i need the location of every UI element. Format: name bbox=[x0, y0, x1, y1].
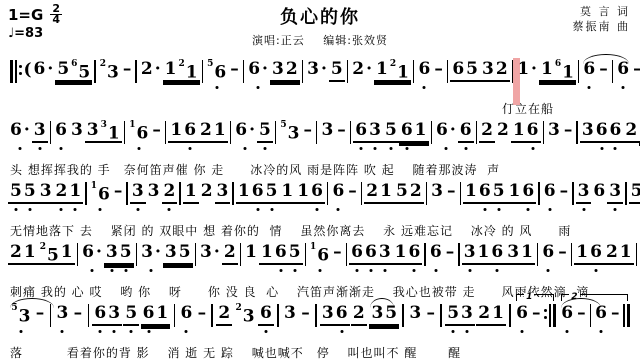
barline bbox=[84, 182, 88, 206]
note: 31 bbox=[100, 121, 121, 141]
note-group: 32 bbox=[270, 60, 300, 82]
barline bbox=[622, 304, 631, 328]
low-octave-dot bbox=[389, 147, 392, 150]
note-group: 6 bbox=[458, 121, 474, 143]
note-group: 6 bbox=[178, 304, 194, 324]
playback-cursor[interactable] bbox=[513, 58, 520, 105]
title-block: 负心的你 演唱:正云 编辑:张效贤 bbox=[0, 3, 640, 48]
parenthesis: ( bbox=[24, 60, 32, 80]
note-group: 663 bbox=[349, 243, 393, 265]
note: 3 bbox=[271, 60, 285, 80]
low-octave-dot bbox=[257, 86, 260, 89]
note-group: 5 bbox=[383, 121, 399, 143]
volta-bracket-2: 26–6– bbox=[559, 304, 632, 328]
low-octave-dot bbox=[136, 208, 139, 211]
low-octave-dot bbox=[185, 330, 188, 333]
note-group: 1 bbox=[183, 182, 199, 204]
note-group: 16 bbox=[295, 182, 325, 204]
low-octave-dot bbox=[149, 269, 152, 272]
low-octave-dot bbox=[91, 269, 94, 272]
note-group: 21 bbox=[8, 243, 38, 265]
note: 1 bbox=[575, 243, 589, 263]
note-group: – bbox=[299, 304, 312, 324]
note-group: 2 bbox=[479, 121, 495, 143]
note: 6 bbox=[400, 121, 414, 141]
note-group: 6· bbox=[80, 243, 104, 263]
note-group: 61 bbox=[399, 121, 429, 143]
note-group: – bbox=[196, 304, 209, 324]
note-group: 6· bbox=[8, 121, 32, 141]
note-group: 21 bbox=[54, 182, 84, 204]
low-octave-dot bbox=[614, 147, 617, 150]
dash-extension: – bbox=[531, 304, 542, 324]
note: 1 bbox=[379, 182, 393, 202]
note-group: 56 bbox=[205, 60, 228, 80]
barline bbox=[125, 182, 129, 206]
barline bbox=[575, 121, 579, 145]
dash-extension: – bbox=[336, 121, 347, 141]
score-line: 53–3–635616–22363–362353–532116–26–6–落 看… bbox=[0, 302, 640, 360]
song-title: 负心的你 bbox=[0, 3, 640, 29]
low-octave-dot bbox=[279, 269, 282, 272]
dash-extension: – bbox=[122, 60, 133, 80]
low-octave-dot bbox=[434, 269, 437, 272]
augmentation-dot: · bbox=[366, 59, 372, 79]
barline bbox=[401, 304, 405, 328]
note-group: 6 bbox=[540, 243, 556, 263]
dash-extension: – bbox=[426, 304, 437, 324]
barline bbox=[542, 121, 546, 145]
note: 3 bbox=[33, 121, 47, 141]
note: 5 bbox=[384, 304, 398, 324]
barline bbox=[76, 243, 80, 267]
augmentation-dot: · bbox=[531, 59, 537, 79]
dash-extension: – bbox=[197, 304, 208, 324]
note: 3 bbox=[216, 182, 230, 202]
grace-note: 2 bbox=[100, 59, 106, 69]
note-group: 316 bbox=[462, 243, 506, 265]
augmentation-dot: · bbox=[155, 59, 161, 79]
note-group: – bbox=[575, 304, 588, 324]
note: 6· bbox=[234, 121, 256, 141]
note-group: 165 bbox=[259, 243, 303, 265]
note: 2 bbox=[217, 304, 231, 324]
note: 2 bbox=[200, 182, 214, 202]
low-octave-dot bbox=[18, 147, 21, 150]
note: 2 bbox=[223, 243, 237, 263]
barline bbox=[304, 243, 308, 267]
low-octave-dot bbox=[465, 330, 468, 333]
note: 1 bbox=[260, 243, 274, 263]
note: 6· bbox=[9, 121, 31, 141]
note-group: – bbox=[34, 304, 47, 324]
note-group: – bbox=[631, 60, 640, 80]
low-octave-dot bbox=[374, 147, 377, 150]
note-group: – bbox=[530, 304, 543, 324]
note-group: 21 bbox=[198, 121, 228, 143]
barline bbox=[543, 304, 557, 328]
note: 6 bbox=[541, 243, 555, 263]
note-group: 3 bbox=[407, 304, 423, 324]
note: 1 bbox=[213, 121, 227, 141]
dash-extension: – bbox=[433, 60, 444, 80]
note: 3 bbox=[577, 182, 591, 202]
note: 5 bbox=[124, 304, 138, 324]
low-octave-dot bbox=[337, 208, 340, 211]
notation-row: 53–3–635616–22363–362353–532116–26–6– bbox=[0, 302, 640, 346]
note: 6· bbox=[435, 121, 457, 141]
note: 3 bbox=[86, 121, 100, 141]
note-group: 2 bbox=[623, 121, 639, 143]
barline bbox=[577, 60, 581, 84]
low-octave-dot bbox=[189, 147, 192, 150]
note: 1 bbox=[23, 243, 37, 263]
note-group: 165 bbox=[463, 182, 507, 204]
dash-extension: – bbox=[302, 121, 313, 141]
low-octave-dot bbox=[28, 208, 31, 211]
note: 6 bbox=[526, 121, 540, 141]
note-group: 2 bbox=[162, 182, 178, 204]
low-octave-dot bbox=[318, 269, 321, 272]
low-octave-dot bbox=[595, 269, 598, 272]
grace-note: 5 bbox=[11, 303, 17, 313]
note: 6 bbox=[408, 243, 422, 263]
byline-block: 莫 言 词 蔡振南 曲 bbox=[573, 4, 631, 34]
note: 16 bbox=[90, 182, 111, 202]
note: 3 bbox=[581, 121, 595, 141]
note: 1 bbox=[237, 182, 251, 202]
note: 2 bbox=[624, 121, 638, 141]
note: 1 bbox=[184, 182, 198, 202]
notation-row: 212516·353·353·2116516–663166–316316–162… bbox=[0, 241, 640, 285]
augmentation-dot: · bbox=[24, 120, 30, 140]
note-group: – bbox=[331, 243, 344, 263]
barline bbox=[430, 121, 434, 145]
note-group: – bbox=[597, 60, 610, 80]
note-group: 121 bbox=[374, 60, 411, 82]
note: 5 bbox=[384, 121, 398, 141]
note: 3 bbox=[321, 304, 335, 324]
note-group: 6 bbox=[514, 304, 530, 324]
note-group: 331 bbox=[85, 121, 122, 143]
note-group: – bbox=[609, 304, 622, 324]
note: 6 bbox=[582, 60, 596, 80]
grace-note: 3 bbox=[101, 120, 107, 130]
barline bbox=[134, 60, 138, 84]
note: 65 bbox=[70, 60, 91, 80]
dash-extension: – bbox=[446, 182, 457, 202]
barline bbox=[326, 182, 330, 206]
note-group: 32 bbox=[480, 60, 510, 82]
note: 3 bbox=[547, 121, 561, 141]
note-group: 21 bbox=[364, 182, 394, 204]
note-group: 16 bbox=[127, 121, 150, 141]
grace-note: 2 bbox=[236, 303, 242, 313]
low-octave-dot bbox=[61, 330, 64, 333]
note: 2 bbox=[480, 121, 494, 141]
barline bbox=[194, 243, 198, 267]
barline bbox=[425, 182, 429, 206]
note-group: – bbox=[150, 121, 163, 141]
note-group: 3 bbox=[429, 182, 445, 202]
dash-extension: – bbox=[557, 243, 568, 263]
note-group: 3 bbox=[546, 121, 562, 141]
barline bbox=[412, 60, 416, 84]
note-group: 16 bbox=[507, 182, 537, 204]
lyrics-row: 仃立在船 bbox=[0, 102, 640, 118]
note: 2· bbox=[351, 60, 373, 80]
note-group: 3 bbox=[319, 121, 335, 141]
note: 6 bbox=[417, 60, 431, 80]
note: 1 bbox=[477, 243, 491, 263]
note-group: 3 bbox=[130, 182, 146, 204]
note: 1 bbox=[464, 182, 478, 202]
barline bbox=[314, 304, 318, 328]
low-octave-dot bbox=[413, 269, 416, 272]
barline bbox=[93, 60, 97, 84]
note: 6 bbox=[616, 60, 630, 80]
grace-note: 1 bbox=[91, 181, 97, 191]
note: 6 bbox=[251, 182, 265, 202]
note: 6 bbox=[589, 243, 603, 263]
dash-extension: – bbox=[73, 304, 84, 324]
note-group: 6 bbox=[416, 60, 432, 80]
note: 2 bbox=[199, 121, 213, 141]
note-group: 5 bbox=[123, 304, 139, 326]
low-octave-dot bbox=[38, 147, 41, 150]
note: 6 bbox=[515, 304, 529, 324]
low-octave-dot bbox=[452, 330, 455, 333]
barline bbox=[242, 60, 246, 84]
low-octave-dot bbox=[582, 208, 585, 211]
note-group: 6 bbox=[581, 60, 597, 80]
note: 6 bbox=[259, 304, 273, 324]
note-group: 3 bbox=[576, 182, 592, 204]
low-octave-dot bbox=[270, 208, 273, 211]
low-octave-dot bbox=[215, 86, 218, 89]
dash-extension: – bbox=[632, 60, 640, 80]
low-octave-dot bbox=[293, 269, 296, 272]
note-group: 2· bbox=[350, 60, 374, 80]
note: 3 bbox=[164, 243, 178, 263]
low-octave-dot bbox=[74, 208, 77, 211]
note: 2 bbox=[163, 182, 177, 202]
note-group: 2 bbox=[199, 182, 215, 202]
note-group: – bbox=[558, 182, 571, 202]
low-octave-dot bbox=[99, 208, 102, 211]
score-header: 1=G 2 4 ♩=83 负心的你 演唱:正云 编辑:张效贤 莫 言 词 蔡振南… bbox=[0, 0, 640, 56]
note-group: 121 bbox=[163, 60, 200, 82]
note-group: 3 bbox=[32, 121, 48, 143]
barline bbox=[276, 304, 280, 328]
low-octave-dot bbox=[110, 269, 113, 272]
note-group: 2· bbox=[139, 60, 163, 80]
note-group: 3 bbox=[282, 304, 298, 324]
note: 3· bbox=[140, 243, 162, 263]
barline bbox=[49, 121, 53, 145]
note: 3 bbox=[368, 121, 382, 141]
note: 3 bbox=[378, 243, 392, 263]
notation-row: 5532116–3321231651166–21523–165166–36353… bbox=[0, 180, 640, 224]
note-group: 2 bbox=[216, 304, 232, 326]
note-group: – bbox=[425, 304, 438, 324]
barline bbox=[173, 304, 177, 328]
note: 16 bbox=[309, 243, 330, 263]
barline bbox=[210, 304, 214, 328]
barline bbox=[635, 243, 639, 267]
barline bbox=[301, 60, 305, 84]
note: 3 bbox=[408, 304, 422, 324]
score-line: 5532116–3321231651166–21523–165166–36353… bbox=[0, 180, 640, 240]
grace-note: 5 bbox=[207, 59, 213, 69]
note: 1 bbox=[375, 60, 389, 80]
note: 16 bbox=[128, 121, 149, 141]
low-octave-dot bbox=[244, 147, 247, 150]
note-group: 161 bbox=[539, 60, 576, 82]
note-group: 3· bbox=[305, 60, 329, 80]
note-group: 6 bbox=[258, 304, 274, 326]
note: 5 bbox=[119, 243, 133, 263]
note-group: 3 bbox=[54, 304, 70, 324]
note: 5 bbox=[465, 60, 479, 80]
low-octave-dot bbox=[124, 269, 127, 272]
barline bbox=[360, 182, 364, 206]
grace-note: 2 bbox=[390, 59, 396, 69]
dash-extension: – bbox=[347, 182, 358, 202]
low-octave-dot bbox=[356, 269, 359, 272]
note: 6 bbox=[521, 182, 535, 202]
low-octave-dot bbox=[468, 269, 471, 272]
note: 3 bbox=[506, 243, 520, 263]
note-group: 23 bbox=[234, 304, 257, 324]
note-group: 165 bbox=[236, 182, 280, 204]
low-octave-dot bbox=[600, 147, 603, 150]
notation-row: 6·36333116–16216·553–3–635616·622163–366… bbox=[0, 119, 640, 163]
barline bbox=[178, 182, 182, 206]
barline bbox=[475, 121, 479, 145]
low-octave-dot bbox=[264, 330, 267, 333]
note: 6· bbox=[81, 243, 103, 263]
grace-note: 2 bbox=[178, 59, 184, 69]
note: 1 bbox=[508, 182, 522, 202]
volta-bracket-1: 16– bbox=[514, 304, 558, 328]
note: 3 bbox=[460, 304, 474, 324]
note: 1 bbox=[155, 304, 169, 324]
note: 5 bbox=[258, 121, 272, 141]
note: 6 bbox=[451, 60, 465, 80]
dash-extension: – bbox=[332, 243, 343, 263]
note-group: 6 bbox=[330, 182, 346, 202]
low-octave-dot bbox=[527, 208, 530, 211]
barline bbox=[164, 121, 168, 145]
augmentation-dot: · bbox=[47, 59, 53, 79]
note: 6 bbox=[543, 182, 557, 202]
low-octave-dot bbox=[383, 269, 386, 272]
note: 3 bbox=[283, 304, 297, 324]
note: 2 bbox=[352, 304, 366, 324]
note-group: 53 bbox=[629, 182, 640, 204]
grace-note: 5 bbox=[280, 120, 286, 130]
note: 23 bbox=[99, 60, 120, 80]
note-group: 2 bbox=[351, 304, 367, 326]
note-group: 21 bbox=[604, 243, 634, 265]
note: 1 bbox=[169, 121, 183, 141]
low-octave-dot bbox=[566, 330, 569, 333]
note: 6 bbox=[179, 304, 193, 324]
dash-extension: – bbox=[35, 304, 46, 324]
low-octave-dot bbox=[496, 269, 499, 272]
note: 1 bbox=[520, 243, 534, 263]
note-group: – bbox=[432, 60, 445, 80]
note: 5 bbox=[630, 182, 640, 202]
note: 6 bbox=[354, 121, 368, 141]
note-group: – bbox=[445, 182, 458, 202]
note-group: – bbox=[562, 121, 575, 141]
grace-note: 6 bbox=[71, 59, 77, 69]
low-octave-dot bbox=[147, 330, 150, 333]
low-octave-dot bbox=[483, 208, 486, 211]
note-group: 23 bbox=[98, 60, 121, 80]
low-octave-dot bbox=[60, 147, 63, 150]
note-group: 16 bbox=[511, 121, 541, 143]
note: 56 bbox=[206, 60, 227, 80]
note-group: 35 bbox=[369, 304, 399, 326]
note: 1 bbox=[280, 182, 294, 202]
note-group: 63 bbox=[353, 121, 383, 143]
note-group: 53 bbox=[278, 121, 301, 141]
repeat-dots bbox=[544, 309, 547, 319]
barline bbox=[231, 182, 235, 206]
low-octave-dot bbox=[60, 208, 63, 211]
composer-credit: 蔡振南 曲 bbox=[573, 19, 631, 34]
barline bbox=[87, 304, 91, 328]
augmentation-dot: · bbox=[321, 59, 327, 79]
note-group: 5 bbox=[329, 60, 345, 82]
note: 6 bbox=[478, 182, 492, 202]
note: 5 bbox=[9, 182, 23, 202]
note: 5 bbox=[288, 243, 302, 263]
note-group: 6 bbox=[559, 304, 575, 324]
note: 6 bbox=[560, 304, 574, 324]
note: 2 bbox=[477, 304, 491, 324]
note: 6 bbox=[350, 243, 364, 263]
barline bbox=[201, 60, 205, 84]
barline bbox=[439, 304, 443, 328]
barline bbox=[123, 121, 127, 145]
note: 6 bbox=[459, 121, 473, 141]
augmentation-dot: · bbox=[214, 242, 220, 262]
note-group: 16 bbox=[393, 243, 423, 265]
note: 25 bbox=[39, 243, 60, 263]
note-group: – bbox=[444, 243, 457, 263]
note: 3 bbox=[147, 182, 161, 202]
note: 1 bbox=[244, 243, 258, 263]
barline bbox=[537, 182, 541, 206]
note-group: 3· bbox=[198, 243, 222, 263]
barline bbox=[508, 304, 512, 328]
low-octave-dot bbox=[548, 208, 551, 211]
note-group: – bbox=[228, 60, 241, 80]
low-octave-dot bbox=[256, 208, 259, 211]
note: 1 bbox=[68, 182, 82, 202]
note-group: 6 bbox=[591, 182, 607, 202]
lyrics-row: 无情地落下 去 紧闭 的 双眼中 想 着你的 情 虽然你离去 永 远难忘记 冰冷… bbox=[0, 224, 640, 240]
barline bbox=[239, 243, 243, 267]
note: 6· bbox=[33, 60, 55, 80]
note: 3 bbox=[370, 304, 384, 324]
note: 2 bbox=[409, 182, 423, 202]
barline bbox=[446, 60, 450, 84]
